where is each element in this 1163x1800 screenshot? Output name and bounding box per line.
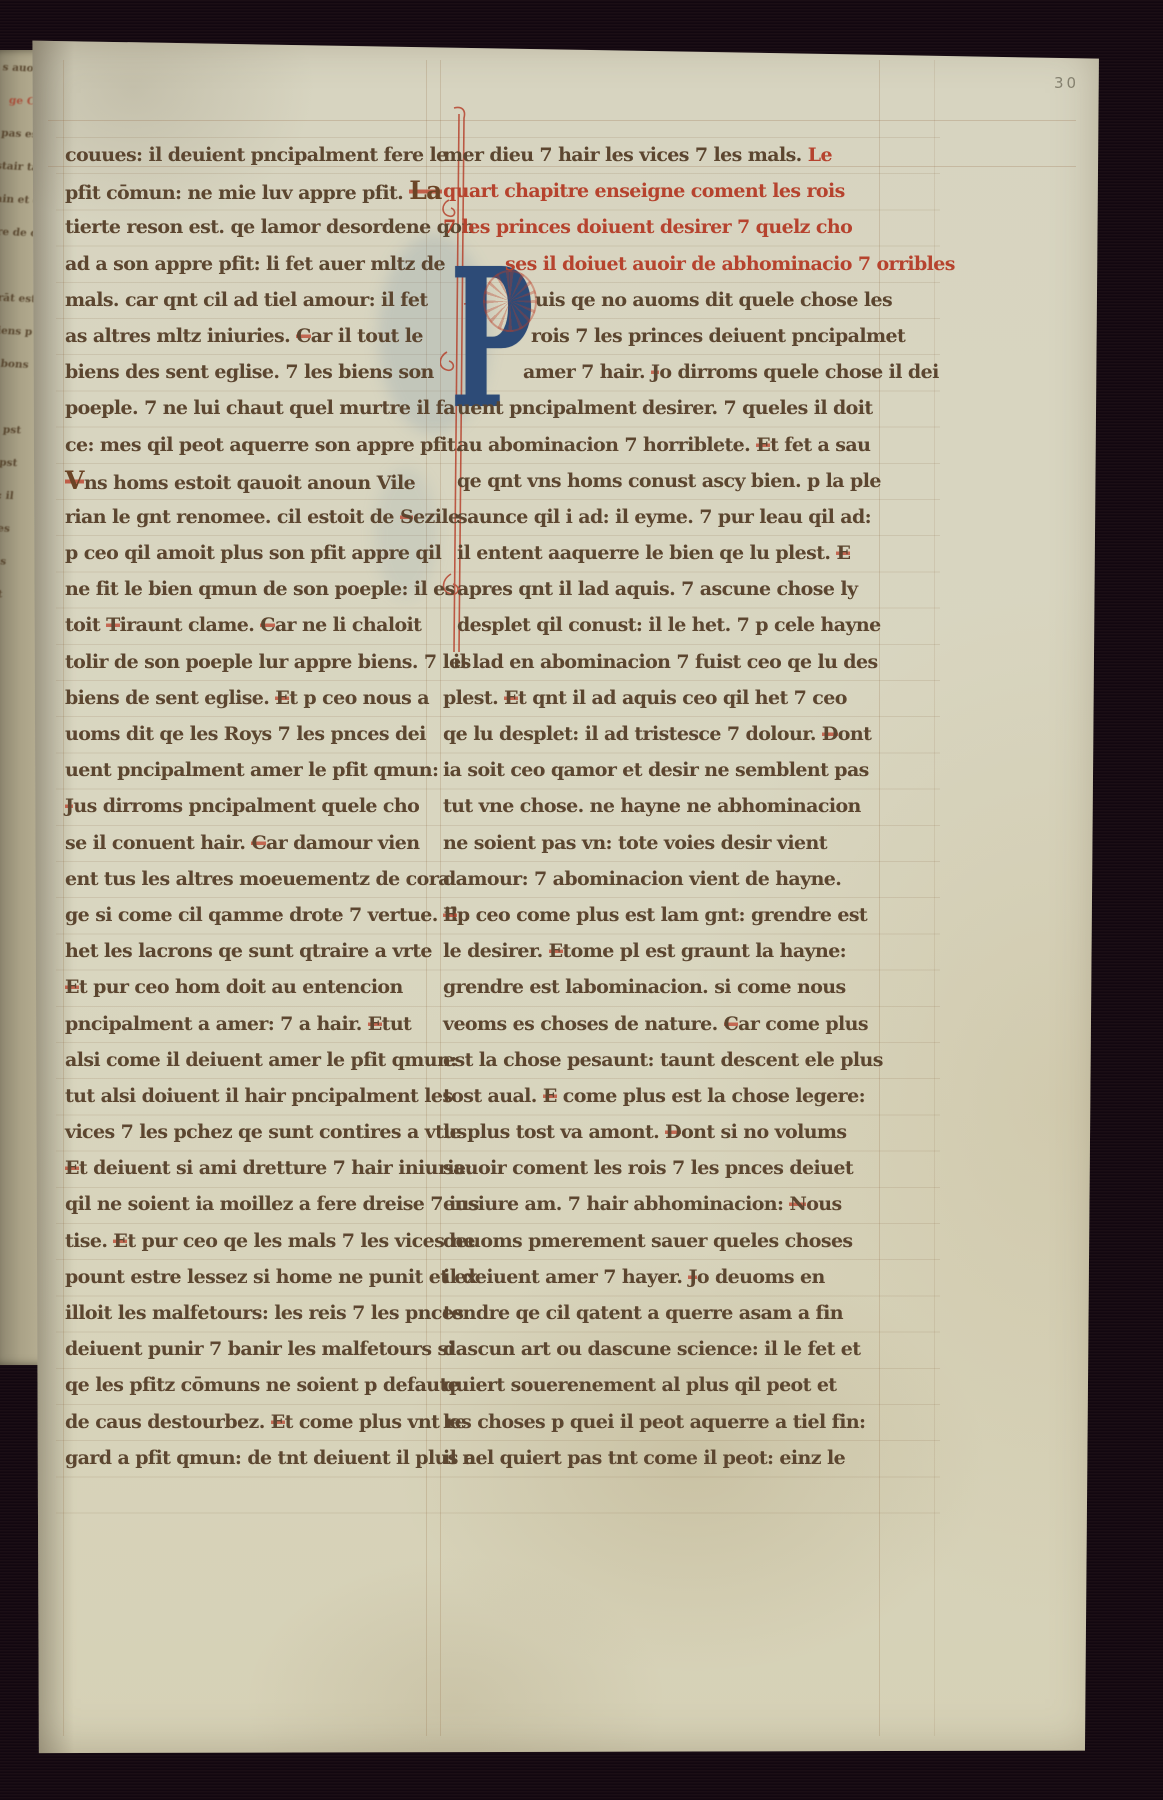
text-segment: tut vne chose. ne hayne ne abhominacion <box>443 795 861 817</box>
text-segment: Le <box>808 144 832 166</box>
text-segment: grendre est labominacion. si come nous <box>443 976 846 998</box>
text-segment: E <box>543 1085 557 1107</box>
text-line: tost aual. E come plus est la chose lege… <box>443 1078 895 1114</box>
text-line: qe lu desplet: il ad tristesce 7 dolour.… <box>443 716 895 752</box>
text-segment: mals. car qnt cil ad tiel amour: il fet <box>65 289 428 311</box>
text-line: ses il doiuet auoir de abhominacio 7 orr… <box>443 246 895 282</box>
text-line: qil ne soient ia moillez a fere dreise 7… <box>65 1186 429 1222</box>
text-segment: toit <box>65 614 106 636</box>
text-line: grendre est labominacion. si come nous <box>443 969 895 1005</box>
text-segment: E <box>65 1157 79 1179</box>
text-segment: ont <box>838 723 871 745</box>
text-line: Vns homs estoit qauoit anoun Vile <box>65 463 429 499</box>
text-line: uent pncipalment amer le pfit qmun: <box>65 752 429 788</box>
text-segment: ne soient pas vn: tote voies desir vient <box>443 832 827 854</box>
text-segment: de caus destourbez. <box>65 1411 271 1433</box>
text-line: biens de sent eglise. Et p ceo nous a <box>65 680 429 716</box>
text-segment: ar ne li chaloit <box>275 614 421 636</box>
text-segment: qe qnt vns homs conust ascy bien. p la p… <box>457 470 881 492</box>
text-line: as altres mltz iniuries. Car il tout le <box>65 318 429 354</box>
text-segment: gard a pfit qmun: de tnt deiuent il plus… <box>65 1447 476 1469</box>
text-segment: het les lacrons qe sunt qtraire a vrte <box>65 940 432 962</box>
text-line: veoms es choses de nature. Car come plus <box>443 1006 895 1042</box>
text-line: uent pncipalment desirer. 7 queles il do… <box>443 390 895 426</box>
text-segment: E <box>756 434 770 456</box>
text-line: ne fit le bien qmun de son poeple: il es <box>65 571 429 607</box>
text-line: quart chapitre enseigne coment les rois <box>443 173 895 209</box>
text-line: Et deiuent si ami dretture 7 hair iniuri… <box>65 1150 429 1186</box>
text-segment: biens de sent eglise. <box>65 687 275 709</box>
column-left: couues: il deuient pncipalment fere lepf… <box>65 137 429 1476</box>
text-line: ia soit ceo qamor et desir ne semblent p… <box>443 752 895 788</box>
text-segment: ar come plus <box>738 1013 868 1035</box>
text-line: uoms dit qe les Roys 7 les pnces dei <box>65 716 429 752</box>
text-line: le plus tost va amont. Dont si no volums <box>443 1114 895 1150</box>
text-segment: alsi come il deiuent amer le pfit qmun: <box>65 1049 457 1071</box>
text-segment: ge si come cil qamme drote 7 vertue. il <box>65 904 457 926</box>
text-segment: uent pncipalment desirer. 7 queles il do… <box>457 397 873 419</box>
text-segment: C <box>296 325 311 347</box>
text-line: toit Tiraunt clame. Car ne li chaloit <box>65 607 429 643</box>
text-segment: pfit cōmun: ne mie luv appre pfit. <box>65 182 409 204</box>
text-line: ensiure am. 7 hair abhominacion: Nous <box>443 1186 895 1222</box>
text-segment: au abominacion 7 horriblete. <box>457 434 756 456</box>
text-segment: tierte reson est. qe lamor desordene qon <box>65 216 475 238</box>
text-segment: couues: il deuient pncipalment fere le <box>65 144 448 166</box>
text-segment: o deuoms en <box>697 1266 825 1288</box>
text-segment: quart chapitre enseigne coment les rois <box>443 180 845 202</box>
text-line: saunce qil i ad: il eyme. 7 pur leau qil… <box>443 499 895 535</box>
text-segment: apres qnt il lad aquis. 7 ascune chose l… <box>457 578 857 600</box>
text-segment: quiert souerenement al plus qil peot et <box>443 1374 837 1396</box>
text-segment: E <box>271 1411 285 1433</box>
text-line: qe qnt vns homs conust ascy bien. p la p… <box>443 463 895 499</box>
text-segment: E <box>65 976 79 998</box>
text-segment: mer dieu 7 hair les vices 7 les mals. <box>443 144 808 166</box>
text-line: desplet qil conust: il le het. 7 p cele … <box>443 607 895 643</box>
text-segment: tost aual. <box>443 1085 543 1107</box>
text-line: Jus dirroms pncipalment quele cho <box>65 788 429 824</box>
text-segment: qe les pfitz cōmuns ne soient p defaute <box>65 1374 459 1396</box>
text-segment: E <box>549 940 563 962</box>
text-line: p ceo qil amoit plus son pfit appre qil <box>65 535 429 571</box>
text-line: mer dieu 7 hair les vices 7 les mals. Le <box>443 137 895 173</box>
text-segment: veoms es choses de nature. <box>443 1013 724 1035</box>
text-line: sauoir coment les rois 7 les pnces deiue… <box>443 1150 895 1186</box>
text-segment: t fet a sau <box>770 434 870 456</box>
text-segment: E <box>443 904 457 926</box>
text-segment: deiuent punir 7 banir les malfetours si <box>65 1338 454 1360</box>
text-segment: V <box>65 466 84 495</box>
text-line: se il conuent hair. Car damour vien <box>65 825 429 861</box>
text-line: pfit cōmun: ne mie luv appre pfit. La <box>65 173 429 209</box>
text-segment: ses il doiuet auoir de abhominacio 7 orr… <box>505 253 955 275</box>
folio-number: 30 <box>1054 74 1079 92</box>
text-segment: us dirroms pncipalment quele cho <box>73 795 419 817</box>
text-segment: ar damour vien <box>266 832 420 854</box>
text-segment: poeple. 7 ne lui chaut quel murtre il fa <box>65 397 455 419</box>
manuscript-page: 30 P couues: il deuient pncipalment fere… <box>26 38 1100 1754</box>
facing-page-fragment: est les biens p <box>0 312 34 350</box>
facing-page-fragment <box>0 377 27 415</box>
text-line: qe les pfitz cōmuns ne soient p defaute <box>65 1367 429 1403</box>
text-line: ent tus les altres moeuementz de cora <box>65 861 429 897</box>
facing-page-fragment: rens les bons <box>0 344 30 382</box>
text-segment: sauoir coment les rois 7 les pnces deiue… <box>443 1157 853 1179</box>
text-segment: C <box>724 1013 739 1035</box>
text-line: damour: 7 abominacion vient de hayne. <box>443 861 895 897</box>
text-line: vices 7 les pchez qe sunt contires a vtu… <box>65 1114 429 1150</box>
text-segment: tolir de son poeple lur appre biens. 7 l… <box>65 651 471 673</box>
text-segment: uoms dit qe les Roys 7 les pnces dei <box>65 723 426 745</box>
text-segment: tut <box>382 1013 412 1035</box>
text-segment: tome pl est graunt la hayne: <box>563 940 847 962</box>
text-segment: S <box>400 506 413 528</box>
text-line: le desirer. Etome pl est graunt la hayne… <box>443 933 895 969</box>
text-segment: rois 7 les princes deiuent pncipalmet <box>531 325 905 347</box>
text-segment: N <box>789 1193 806 1215</box>
text-line: il deiuent amer 7 hayer. Jo deuoms en <box>443 1259 895 1295</box>
facing-page-fragment: biens amer. Et <box>0 574 4 612</box>
text-line: pount estre lessez si home ne punit et e… <box>65 1259 429 1295</box>
text-line: il lad en abominacion 7 fuist ceo qe lu … <box>443 644 895 680</box>
text-segment: se il conuent hair. <box>65 832 251 854</box>
facing-page-fragment: le Tirāt est <box>0 279 38 317</box>
text-line: tut alsi doiuent il hair pncipalment les <box>65 1078 429 1114</box>
text-line: quiert souerenement al plus qil peot et <box>443 1367 895 1403</box>
text-segment: uis qe no auoms dit quele chose les <box>535 289 892 311</box>
text-line: deiuent punir 7 banir les malfetours si <box>65 1331 429 1367</box>
text-segment: uent pncipalment amer le pfit qmun: <box>65 759 438 781</box>
text-segment: amer 7 hair. <box>523 361 651 383</box>
text-line: Ep ceo come plus est lam gnt: grendre es… <box>443 897 895 933</box>
text-line: tolir de son poeple lur appre biens. 7 l… <box>65 644 429 680</box>
text-segment: C <box>251 832 266 854</box>
text-segment: t p ceo nous a <box>289 687 429 709</box>
horizontal-rule <box>48 120 1076 121</box>
text-segment: il nel quiert pas tnt come il peot: einz… <box>443 1447 845 1469</box>
text-segment: le desirer. <box>443 940 549 962</box>
text-line: au abominacion 7 horriblete. Et fet a sa… <box>443 427 895 463</box>
text-segment: t pur ceo hom doit au entencion <box>79 976 403 998</box>
text-line: tise. Et pur ceo qe les mals 7 les vices… <box>65 1223 429 1259</box>
manuscript-photo: s auoir qilge Car dest pas estreen estai… <box>0 0 1163 1800</box>
text-segment: rian le gnt renomee. cil estoit de <box>65 506 400 528</box>
text-segment: t come plus vnt re <box>285 1411 467 1433</box>
text-segment: ensiure am. 7 hair abhominacion: <box>443 1193 789 1215</box>
text-segment: ne fit le bien qmun de son poeple: il es <box>65 578 455 600</box>
text-segment: t deiuent si ami dretture 7 hair iniurie… <box>79 1157 472 1179</box>
text-segment: deuoms pmerement sauer queles choses <box>443 1230 853 1252</box>
text-segment: o dirroms quele chose il dei <box>659 361 938 383</box>
text-line: het les lacrons qe sunt qtraire a vrte <box>65 933 429 969</box>
facing-page-fragment: plus bien a le pst <box>0 443 19 481</box>
text-segment: damour: 7 abominacion vient de hayne. <box>443 868 841 890</box>
text-line: tendre qe cil qatent a querre asam a fin <box>443 1295 895 1331</box>
text-segment: plest. <box>443 687 504 709</box>
text-line: deuoms pmerement sauer queles choses <box>443 1223 895 1259</box>
text-line: mals. car qnt cil ad tiel amour: il fet <box>65 282 429 318</box>
text-line: 7 les princes doiuent desirer 7 quelz ch… <box>443 209 895 245</box>
text-segment: il lad en abominacion 7 fuist ceo qe lu … <box>453 651 878 673</box>
text-line: alsi come il deiuent amer le pfit qmun: <box>65 1042 429 1078</box>
facing-page-fragment: as holtz plus <box>0 541 8 579</box>
facing-page-fragment: er sauoir les <box>0 508 12 546</box>
text-line: Et pur ceo hom doit au entencion <box>65 969 429 1005</box>
text-segment: est la chose pesaunt: taunt descent ele … <box>443 1049 883 1071</box>
text-segment: ous <box>806 1193 841 1215</box>
text-segment: ad a son appre pfit: li fet auer mltz de <box>65 253 445 275</box>
text-segment: E <box>836 542 850 564</box>
text-line: rois 7 les princes deiuent pncipalmet <box>443 318 895 354</box>
text-segment: D <box>665 1121 681 1143</box>
text-line: biens des sent eglise. 7 les biens son <box>65 354 429 390</box>
text-segment: pount estre lessez si home ne punit et e… <box>65 1266 477 1288</box>
text-segment: il entent aaquerre le bien qe lu plest. <box>457 542 836 564</box>
text-segment: J <box>688 1266 696 1288</box>
text-segment: il deiuent amer 7 hayer. <box>443 1266 688 1288</box>
text-segment: p ceo qil amoit plus son pfit appre qil <box>65 542 441 564</box>
facing-page-fragment: ceo pfit qe le pst <box>0 410 23 448</box>
text-segment: ar il tout le <box>311 325 423 347</box>
text-line: plest. Et qnt il ad aquis ceo qil het 7 … <box>443 680 895 716</box>
text-segment: vices 7 les pchez qe sunt contires a vtu… <box>65 1121 467 1143</box>
text-line: les choses p quei il peot aquerre a tiel… <box>443 1404 895 1440</box>
text-segment: E <box>113 1230 127 1252</box>
text-segment: biens des sent eglise. 7 les biens son <box>65 361 434 383</box>
text-segment: iraunt clame. <box>120 614 261 636</box>
text-segment: ce: mes qil peot aquerre son appre pfit. <box>65 434 461 456</box>
text-segment: qil ne soient ia moillez a fere dreise 7… <box>65 1193 479 1215</box>
text-line: est la chose pesaunt: taunt descent ele … <box>443 1042 895 1078</box>
text-segment: ia soit ceo qamor et desir ne semblent p… <box>443 759 869 781</box>
text-line: tierte reson est. qe lamor desordene qon <box>65 209 429 245</box>
text-segment: saunce qil i ad: il eyme. 7 pur leau qil… <box>457 506 871 528</box>
vertical-rule <box>934 60 935 1736</box>
text-line: couues: il deuient pncipalment fere le <box>65 137 429 173</box>
text-segment: desplet qil conust: il le het. 7 p cele … <box>457 614 881 636</box>
text-line: apres qnt il lad aquis. 7 ascune chose l… <box>443 571 895 607</box>
text-segment: tise. <box>65 1230 113 1252</box>
facing-page-fragment: lur gnt pfit: il <box>0 476 15 514</box>
text-line: tut vne chose. ne hayne ne abhominacion <box>443 788 895 824</box>
text-line: ce: mes qil peot aquerre son appre pfit. <box>65 427 429 463</box>
text-segment: ns homs estoit qauoit anoun Vile <box>84 472 415 494</box>
text-segment: La <box>409 176 442 205</box>
text-line: amer 7 hair. Jo dirroms quele chose il d… <box>443 354 895 390</box>
text-segment: E <box>275 687 289 709</box>
text-line: dascun art ou dascune science: il le fet… <box>443 1331 895 1367</box>
text-segment: t pur ceo qe les mals 7 les vices ne <box>127 1230 475 1252</box>
vertical-rule <box>63 60 64 1736</box>
text-segment: illoit les malfetours: les reis 7 les pn… <box>65 1302 463 1324</box>
text-line: rian le gnt renomee. cil estoit de Sezil… <box>65 499 429 535</box>
text-line: poeple. 7 ne lui chaut quel murtre il fa <box>65 390 429 426</box>
text-line: ne soient pas vn: tote voies desir vient <box>443 825 895 861</box>
text-segment: le plus tost va amont. <box>443 1121 665 1143</box>
text-segment: dascun art ou dascune science: il le fet… <box>443 1338 860 1360</box>
text-segment: T <box>106 614 120 636</box>
text-line: il entent aaquerre le bien qe lu plest. … <box>443 535 895 571</box>
text-segment: tut alsi doiuent il hair pncipalment les <box>65 1085 452 1107</box>
text-line: de caus destourbez. Et come plus vnt re <box>65 1404 429 1440</box>
text-segment: t qnt il ad aquis ceo qil het 7 ceo <box>518 687 847 709</box>
text-line: ge si come cil qamme drote 7 vertue. il <box>65 897 429 933</box>
text-line: ad a son appre pfit: li fet auer mltz de <box>65 246 429 282</box>
text-segment: 7 les princes doiuent desirer 7 quelz ch… <box>443 216 852 238</box>
column-right: mer dieu 7 hair les vices 7 les mals. Le… <box>443 137 895 1476</box>
text-line: gard a pfit qmun: de tnt deiuent il plus… <box>65 1440 429 1476</box>
text-segment: tendre qe cil qatent a querre asam a fin <box>443 1302 843 1324</box>
text-segment: ent tus les altres moeuementz de cora <box>65 868 450 890</box>
text-segment: ont si no volums <box>681 1121 846 1143</box>
text-segment: C <box>260 614 275 636</box>
text-segment: come plus est la chose legere: <box>557 1085 865 1107</box>
text-segment: qe lu desplet: il ad tristesce 7 dolour. <box>443 723 822 745</box>
text-segment: p ceo come plus est lam gnt: grendre est <box>457 904 867 926</box>
text-segment: D <box>822 723 838 745</box>
text-line: illoit les malfetours: les reis 7 les pn… <box>65 1295 429 1331</box>
text-line: uis qe no auoms dit quele chose les <box>443 282 895 318</box>
text-segment: les choses p quei il peot aquerre a tiel… <box>443 1411 865 1433</box>
text-line: il nel quiert pas tnt come il peot: einz… <box>443 1440 895 1476</box>
text-segment: pncipalment a amer: 7 a hair. <box>65 1013 368 1035</box>
text-segment: E <box>368 1013 382 1035</box>
text-segment: as altres mltz iniuries. <box>65 325 296 347</box>
text-segment: E <box>504 687 518 709</box>
text-line: pncipalment a amer: 7 a hair. Etut <box>65 1006 429 1042</box>
